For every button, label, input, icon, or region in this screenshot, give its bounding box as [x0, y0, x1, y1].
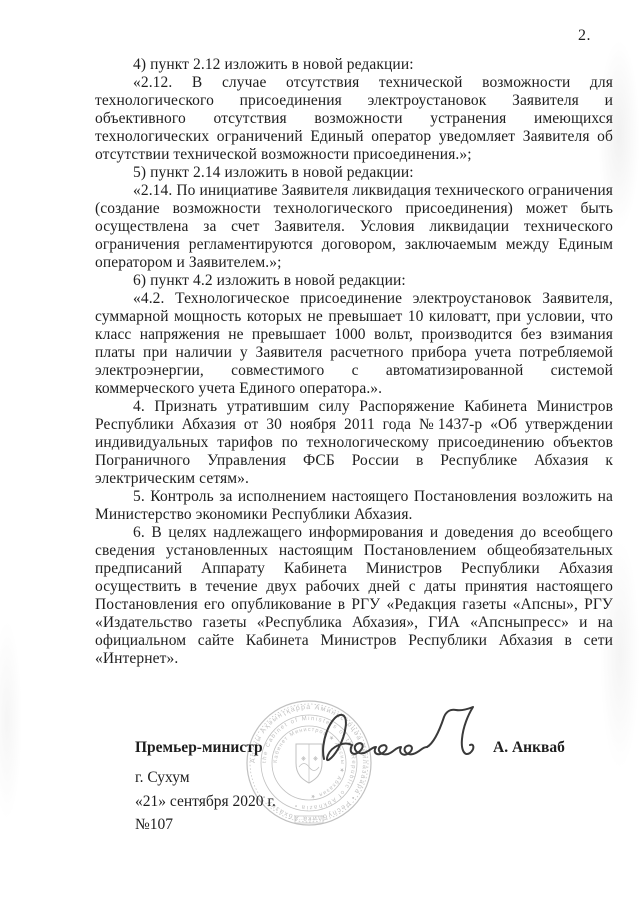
paragraph-item-6: 6. В целях надлежащего информирования и …	[95, 524, 613, 668]
signature-scrawl	[310, 701, 500, 777]
paragraph-clause-2-14-text: «2.14. По инициативе Заявителя ликвидаци…	[95, 182, 613, 272]
document-number: №107	[135, 816, 173, 834]
document-page: 2. 4) пункт 2.12 изложить в новой редакц…	[0, 0, 640, 905]
paragraph-clause-2-12-text: «2.12. В случае отсутствия технической в…	[95, 74, 613, 164]
signer-title: Премьер-министр	[135, 739, 263, 757]
paragraph-item-4: 4. Признать утратившим силу Распоряжение…	[95, 398, 613, 488]
signature-city: г. Сухум	[135, 769, 190, 787]
signature-date: «21» сентября 2020 г.	[135, 793, 276, 811]
paragraph-clause-4-2-intro: 6) пункт 4.2 изложить в новой редакции:	[95, 272, 613, 290]
paragraph-item-5: 5. Контроль за исполнением настоящего По…	[95, 488, 613, 524]
scan-artifact	[0, 620, 22, 820]
page-number: 2.	[578, 27, 591, 45]
paragraph-clause-4-2-text: «4.2. Технологическое присоединение элек…	[95, 290, 613, 398]
paragraph-clause-2-12-intro: 4) пункт 2.12 изложить в новой редакции:	[95, 56, 613, 74]
signer-name: А. Анкваб	[493, 739, 565, 757]
paragraph-clause-2-14-intro: 5) пункт 2.14 изложить в новой редакции:	[95, 164, 613, 182]
document-body: 4) пункт 2.12 изложить в новой редакции:…	[95, 56, 613, 668]
